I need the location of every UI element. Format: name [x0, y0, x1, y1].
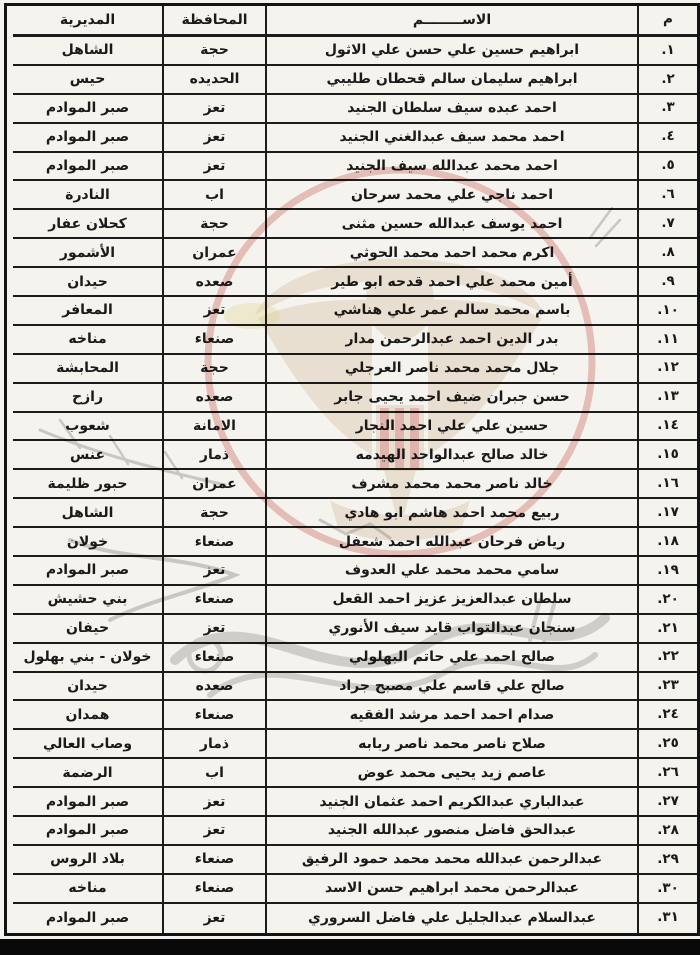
- cell-district: مناخه: [13, 875, 162, 904]
- cell-serial: ٢٠.: [637, 586, 697, 615]
- cell-name: صدام احمد احمد مرشد الفقيه: [265, 701, 637, 730]
- cell-governorate: حجة: [162, 499, 265, 528]
- cell-governorate: حجة: [162, 37, 265, 66]
- cell-name: احمد عبده سيف سلطان الجنيد: [265, 95, 637, 124]
- cell-district: صبر الموادم: [13, 95, 162, 124]
- cell-name: احمد محمد عبدالله سيف الجنيد: [265, 153, 637, 182]
- cell-name: عاصم زيد يحيى محمد عوض: [265, 759, 637, 788]
- cell-governorate: تعز: [162, 904, 265, 933]
- cell-serial: ١.: [637, 37, 697, 66]
- cell-governorate: تعز: [162, 297, 265, 326]
- cell-district: كحلان عفار: [13, 210, 162, 239]
- cell-serial: ١٢.: [637, 355, 697, 384]
- cell-governorate: صنعاء: [162, 875, 265, 904]
- cell-serial: ٢٩.: [637, 846, 697, 875]
- cell-serial: ٨.: [637, 239, 697, 268]
- cell-serial: ٧.: [637, 210, 697, 239]
- cell-district: النادرة: [13, 181, 162, 210]
- cell-governorate: تعز: [162, 124, 265, 153]
- header-name: الاســــــــم: [265, 6, 637, 37]
- prisoners-name-table: م الاســــــــم المحافظة المديرية ١.ابرا…: [4, 3, 700, 936]
- cell-district: الرضمة: [13, 759, 162, 788]
- cell-name: بدر الدين احمد عبدالرحمن مدار: [265, 326, 637, 355]
- cell-district: شعوب: [13, 413, 162, 442]
- cell-governorate: صعده: [162, 673, 265, 702]
- cell-name: حسين علي علي احمد النجار: [265, 413, 637, 442]
- cell-governorate: ذمار: [162, 730, 265, 759]
- cell-name: خالد ناصر محمد محمد مشرف: [265, 470, 637, 499]
- cell-name: عبدالحق فاضل منصور عبدالله الجنيد: [265, 817, 637, 846]
- cell-district: الشاهل: [13, 499, 162, 528]
- scan-edge-bar: [0, 939, 700, 955]
- cell-governorate: ذمار: [162, 441, 265, 470]
- cell-district: المحابشة: [13, 355, 162, 384]
- cell-serial: ٢٢.: [637, 644, 697, 673]
- cell-name: اكرم محمد احمد محمد الحوثي: [265, 239, 637, 268]
- cell-serial: ٥.: [637, 153, 697, 182]
- cell-district: المعافر: [13, 297, 162, 326]
- cell-governorate: صنعاء: [162, 701, 265, 730]
- cell-governorate: صنعاء: [162, 644, 265, 673]
- cell-name: صالح احمد علي حاتم البهلولي: [265, 644, 637, 673]
- cell-serial: ١٧.: [637, 499, 697, 528]
- cell-serial: ٢٤.: [637, 701, 697, 730]
- cell-serial: ٢٧.: [637, 788, 697, 817]
- cell-governorate: الحديده: [162, 66, 265, 95]
- cell-name: خالد صالح عبدالواحد الهيدمه: [265, 441, 637, 470]
- header-governorate: المحافظة: [162, 6, 265, 37]
- cell-serial: ٩.: [637, 268, 697, 297]
- header-serial: م: [637, 6, 697, 37]
- cell-serial: ١٣.: [637, 384, 697, 413]
- cell-serial: ٣.: [637, 95, 697, 124]
- cell-governorate: صنعاء: [162, 326, 265, 355]
- cell-name: عبدالرحمن محمد ابراهيم حسن الاسد: [265, 875, 637, 904]
- cell-serial: ٢٣.: [637, 673, 697, 702]
- cell-name: سلطان عبدالعزيز عزيز احمد القعل: [265, 586, 637, 615]
- header-district: المديرية: [13, 6, 162, 37]
- cell-name: باسم محمد سالم عمر علي هناشي: [265, 297, 637, 326]
- cell-district: حيدان: [13, 673, 162, 702]
- scanned-document-page: م الاســــــــم المحافظة المديرية ١.ابرا…: [0, 0, 700, 955]
- cell-serial: ١٥.: [637, 441, 697, 470]
- cell-governorate: حجة: [162, 355, 265, 384]
- cell-governorate: صنعاء: [162, 586, 265, 615]
- cell-district: صبر الموادم: [13, 817, 162, 846]
- cell-governorate: عمران: [162, 470, 265, 499]
- cell-district: بلاد الروس: [13, 846, 162, 875]
- cell-serial: ٢٨.: [637, 817, 697, 846]
- cell-governorate: حجة: [162, 210, 265, 239]
- cell-district: حبور ظليمة: [13, 470, 162, 499]
- cell-serial: ١١.: [637, 326, 697, 355]
- cell-district: صبر الموادم: [13, 904, 162, 933]
- cell-district: حيدان: [13, 268, 162, 297]
- cell-name: احمد يوسف عبدالله حسين مثنى: [265, 210, 637, 239]
- cell-serial: ١٠.: [637, 297, 697, 326]
- cell-serial: ٢١.: [637, 615, 697, 644]
- cell-name: سنجان عبدالتواب قايد سيف الأنوري: [265, 615, 637, 644]
- cell-governorate: صعده: [162, 268, 265, 297]
- cell-governorate: تعز: [162, 788, 265, 817]
- cell-serial: ١٦.: [637, 470, 697, 499]
- cell-district: صبر الموادم: [13, 557, 162, 586]
- cell-district: بني حشيش: [13, 586, 162, 615]
- cell-serial: ٣٠.: [637, 875, 697, 904]
- cell-district: الأشمور: [13, 239, 162, 268]
- cell-name: ربيع محمد احمد هاشم ابو هادي: [265, 499, 637, 528]
- cell-district: رازح: [13, 384, 162, 413]
- cell-name: احمد ناجي علي محمد سرحان: [265, 181, 637, 210]
- cell-governorate: تعز: [162, 95, 265, 124]
- cell-governorate: تعز: [162, 557, 265, 586]
- cell-governorate: تعز: [162, 615, 265, 644]
- cell-governorate: عمران: [162, 239, 265, 268]
- cell-serial: ٢.: [637, 66, 697, 95]
- cell-name: عبدالسلام عبدالجليل علي فاضل السروري: [265, 904, 637, 933]
- cell-governorate: اب: [162, 759, 265, 788]
- cell-serial: ١٨.: [637, 528, 697, 557]
- cell-district: همدان: [13, 701, 162, 730]
- cell-district: الشاهل: [13, 37, 162, 66]
- cell-district: مناخه: [13, 326, 162, 355]
- cell-governorate: صنعاء: [162, 846, 265, 875]
- cell-name: رياض فرحان عبدالله احمد شعفل: [265, 528, 637, 557]
- cell-serial: ٣١.: [637, 904, 697, 933]
- cell-name: سامي محمد محمد علي العدوف: [265, 557, 637, 586]
- cell-district: خولان - بني بهلول: [13, 644, 162, 673]
- cell-district: حيس: [13, 66, 162, 95]
- cell-district: صبر الموادم: [13, 153, 162, 182]
- cell-name: عبدالباري عبدالكريم احمد عثمان الجنيد: [265, 788, 637, 817]
- cell-serial: ٢٥.: [637, 730, 697, 759]
- cell-serial: ٢٦.: [637, 759, 697, 788]
- cell-serial: ٤.: [637, 124, 697, 153]
- cell-governorate: الامانة: [162, 413, 265, 442]
- cell-name: ابراهيم سليمان سالم قحطان طليبي: [265, 66, 637, 95]
- cell-governorate: تعز: [162, 817, 265, 846]
- cell-name: صلاح ناصر محمد ناصر ربابه: [265, 730, 637, 759]
- cell-name: عبدالرحمن عبدالله محمد محمد حمود الرفيق: [265, 846, 637, 875]
- cell-district: صبر الموادم: [13, 124, 162, 153]
- cell-name: حسن جبران ضيف احمد يحيى جابر: [265, 384, 637, 413]
- cell-name: صالح علي قاسم علي مصبح جراد: [265, 673, 637, 702]
- cell-district: خولان: [13, 528, 162, 557]
- cell-governorate: تعز: [162, 153, 265, 182]
- cell-district: وصاب العالي: [13, 730, 162, 759]
- cell-name: احمد محمد سيف عبدالغني الجنيد: [265, 124, 637, 153]
- cell-district: عنس: [13, 441, 162, 470]
- cell-name: أمين محمد علي احمد قدحه ابو طير: [265, 268, 637, 297]
- cell-serial: ١٤.: [637, 413, 697, 442]
- cell-district: حيفان: [13, 615, 162, 644]
- cell-governorate: صنعاء: [162, 528, 265, 557]
- cell-serial: ١٩.: [637, 557, 697, 586]
- cell-district: صبر الموادم: [13, 788, 162, 817]
- cell-governorate: صعده: [162, 384, 265, 413]
- cell-governorate: اب: [162, 181, 265, 210]
- cell-serial: ٦.: [637, 181, 697, 210]
- cell-name: ابراهيم حسين علي حسن علي الاثول: [265, 37, 637, 66]
- cell-name: جلال محمد محمد ناصر العرجلي: [265, 355, 637, 384]
